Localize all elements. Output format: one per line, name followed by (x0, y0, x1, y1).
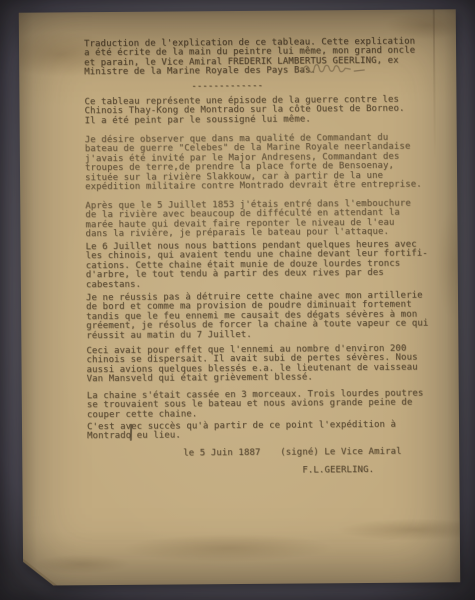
photo-background: Traduction de l'explication de ce tablea… (0, 0, 475, 600)
document-page: Traduction de l'explication de ce tablea… (19, 9, 460, 585)
date-line: le 5 Juin 1887 (183, 449, 260, 459)
paragraph-chain-forcing: Je ne réussis pas à détruire cette chain… (86, 292, 429, 342)
paragraph-6-juillet-battle: Le 6 Juillet nous nous battions pendant … (86, 241, 429, 291)
handwritten-scribble-annotation (300, 60, 368, 79)
paper-sheet-wrap: Traduction de l'explication de ce tablea… (19, 9, 460, 585)
folded-corner (23, 558, 57, 585)
paragraph-expedition-success: C'est avec succès qu'à partir de ce poin… (87, 421, 396, 442)
paragraph-5-juillet-entry: Après que le 5 Juillet 1853 j'étais entr… (85, 200, 411, 240)
paragraph-enemy-dispersed: Ceci avait pour effet que l'ennemi au no… (86, 345, 417, 385)
paragraph-tableau-subject: Ce tableau représente une épisode de la … (84, 96, 404, 127)
separator-dashes: ------------- (191, 82, 263, 92)
signature-line: F.L.GEERLING. (302, 466, 374, 476)
paragraph-chain-broken: La chaine s'était cassée en 3 morceaux. … (87, 390, 424, 421)
paper-crease (433, 9, 436, 159)
signed-line: (signé) Le Vice Amiral (280, 448, 401, 458)
paragraph-commandant-context: Je désire observer que dans ma qualité d… (85, 134, 422, 193)
